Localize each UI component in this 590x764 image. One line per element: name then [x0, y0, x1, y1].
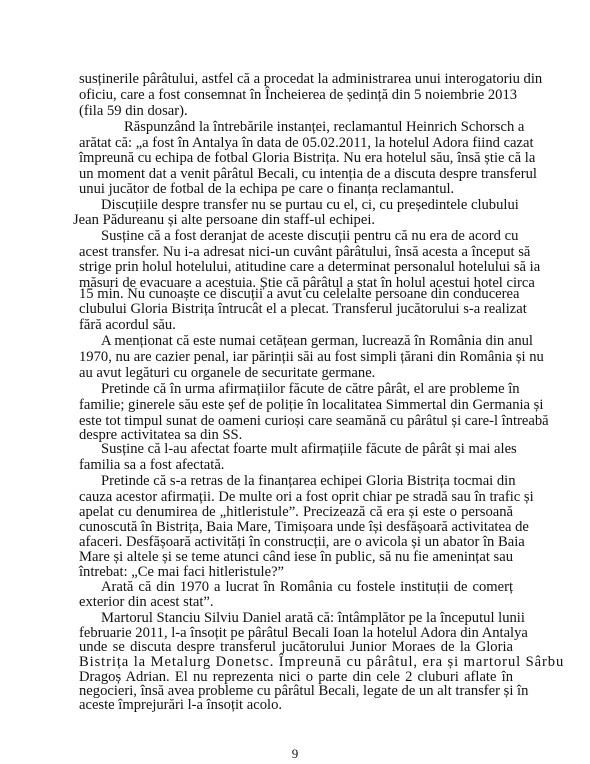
text-line: oficiu, care a fost consemnat în Încheie…: [79, 87, 513, 103]
text-line: afaceri. Desfășoară activități în constr…: [79, 534, 513, 550]
text-line: aceste împrejurări l-a însoțit acolo.: [79, 697, 513, 713]
text-line: 1970, nu are cazier penal, iar părinții …: [79, 349, 513, 365]
text-line: Susține că a fost deranjat de aceste dis…: [101, 228, 513, 244]
text-line: Bistrița la Metalurg Donetsc. Împreună c…: [79, 654, 513, 670]
text-line: familie; ginerele său este șef de poliți…: [79, 397, 513, 413]
text-line: cunoscută în Bistrița, Baia Mare, Timișo…: [79, 519, 513, 535]
document-page: susținerile pârâtului, astfel că a proce…: [0, 0, 590, 764]
text-line: familia sa a fost afectată.: [79, 457, 513, 473]
text-line: clubului Gloria Bistrița întrucât el a p…: [79, 301, 513, 317]
page-number: 9: [0, 746, 590, 762]
text-line: Pretinde că s-a retras de la finanțarea …: [101, 473, 513, 489]
text-line: A menționat că este numai cetățean germa…: [101, 333, 513, 349]
text-line: 15 min. Nu cunoaște ce discuții a avut c…: [79, 286, 513, 302]
text-line: unde se discuta despre transferul jucăto…: [79, 639, 513, 655]
text-line: un moment dat a venit pârâtul Becali, cu…: [79, 166, 513, 182]
text-line: strige prin holul hotelului, atitudine c…: [79, 259, 513, 275]
text-line: fără acordul său.: [79, 317, 513, 333]
text-line: Jean Pădureanu și alte persoane din staf…: [73, 212, 513, 228]
text-line: cauza acestor afirmații. De multe ori a …: [79, 489, 513, 505]
text-line: unui jucător de fotbal de la echipa pe c…: [79, 181, 513, 197]
text-line: susținerile pârâtului, astfel că a proce…: [79, 71, 513, 87]
text-line: apelat cu denumirea de „hitleristule”. P…: [79, 504, 513, 520]
text-line: acest transfer. Nu i-a adresat nici-un c…: [79, 244, 513, 260]
text-line: Discuțiile despre transfer nu se purtau …: [101, 197, 513, 213]
text-line: Martorul Stanciu Silviu Daniel arată că:…: [101, 610, 513, 626]
text-line: (fila 59 din dosar).: [79, 103, 513, 119]
text-line: arătat că: „a fost în Antalya în data de…: [79, 135, 513, 151]
text-line: Pretinde că în urma afirmațiilor făcute …: [101, 381, 513, 397]
text-line: împreună cu echipa de fotbal Gloria Bist…: [79, 150, 513, 166]
text-line: exterior din acest stat”.: [79, 594, 513, 610]
text-line: Mare și altele și se teme atunci când ie…: [79, 549, 513, 565]
text-line: Arată că din 1970 a lucrat în România cu…: [101, 579, 513, 595]
text-line: întrebat: „Ce mai faci hitleristule?”: [79, 564, 513, 580]
text-line: au avut legături cu organele de securita…: [79, 365, 513, 381]
text-line: Răspunzând la întrebările instanței, rec…: [124, 119, 513, 135]
text-line: Susține că l-au afectat foarte mult afir…: [101, 441, 513, 457]
